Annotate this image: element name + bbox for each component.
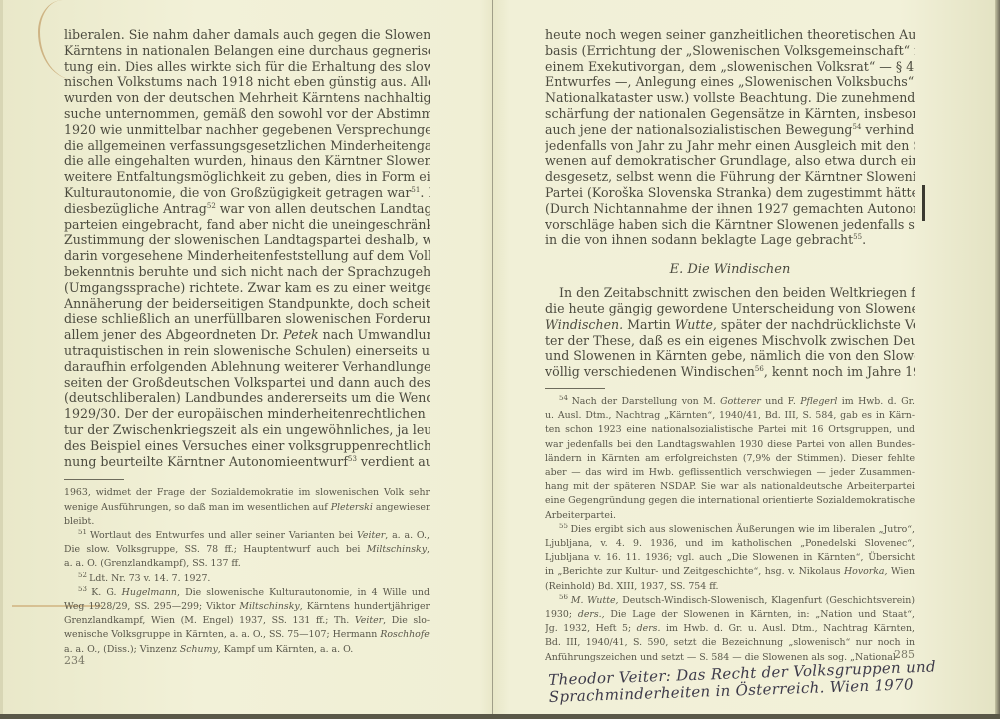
footnote-line: eine Gegengründung gegen die internation… <box>545 494 915 508</box>
text-line: (Durch Nichtannahme der ihnen 1927 gemac… <box>545 201 915 217</box>
text-line: schärfung der nationalen Gegensätze in K… <box>545 106 915 122</box>
footnote-number: 52 <box>78 572 89 579</box>
footnote-line: 54 Nach der Darstellung von M. Gotterer … <box>545 395 915 409</box>
text-line: diesbezügliche Antrag52 war von allen de… <box>64 201 430 217</box>
footnote-line: wenische Volksgruppe in Kärnten, a. a. O… <box>64 628 430 642</box>
text-line: (deutschliberalen) Landbundes anderersei… <box>64 390 430 406</box>
footnote-line: Jg. 1932, Heft 5; ders. im Hwb. d. Gr. u… <box>545 622 915 636</box>
text-line: basis (Errichtung der „Slowenischen Volk… <box>545 43 915 59</box>
text-line: einem Exekutivorgan, dem „slowenischen V… <box>545 59 915 75</box>
text-line: Partei (Koroška Slovenska Stranka) dem z… <box>545 185 915 201</box>
italic-text: Veiter <box>355 615 383 626</box>
margin-annotation-bar <box>922 185 925 221</box>
footnote: 52 Ldt. Nr. 73 v. 14. 7. 1927. <box>64 572 430 586</box>
text-line: diese schließlich an unerfüllbaren slowe… <box>64 311 430 327</box>
right-page-body-top: heute noch wegen seiner ganzheitlichen t… <box>545 27 915 248</box>
text-line: 1929/30. Der der europäischen minderheit… <box>64 406 430 422</box>
text-line: wurden von der deutschen Mehrheit Kärnte… <box>64 90 430 106</box>
text-line: die allgemeinen verfassungsgesetzlichen … <box>64 138 430 154</box>
text-line: tur der Zwischenkriegszeit als ein ungew… <box>64 422 430 438</box>
footnote-line: ländern in Kärnten am erfolgreichsten (7… <box>545 452 915 466</box>
italic-text: Hugelmann <box>122 587 177 598</box>
right-page-footnotes: 54 Nach der Darstellung von M. Gotterer … <box>545 395 915 665</box>
text-line: Nationalkataster usw.) vollste Beachtung… <box>545 90 915 106</box>
footnote-number: 55 <box>559 523 570 530</box>
italic-text: Veiter <box>357 530 385 541</box>
text-line: Kärntens in nationalen Belangen eine dur… <box>64 43 430 59</box>
footnote-line: Ljubljana v. 16. 11. 1936; vgl. auch „Di… <box>545 551 915 565</box>
footnote-line: aber — das wird im Hwb. geflissentlich v… <box>545 466 915 480</box>
italic-text: M. Wutte, <box>571 595 619 606</box>
text-line: daraufhin erfolgenden Ablehnung weiterer… <box>64 359 430 375</box>
footnote-line: 1963, widmet der Frage der Sozialdemokra… <box>64 486 430 500</box>
footnote-line: 52 Ldt. Nr. 73 v. 14. 7. 1927. <box>64 572 430 586</box>
italic-text: Pflegerl <box>800 396 837 407</box>
right-page: heute noch wegen seiner ganzheitlichen t… <box>545 0 915 719</box>
footnote: 51 Wortlaut des Entwurfes und aller sein… <box>64 529 430 572</box>
italic-text: Gotterer <box>720 396 761 407</box>
text-line: tung ein. Dies alles wirkte sich für die… <box>64 59 430 75</box>
footnote-line: Weg 1928/29, SS. 295—299; Viktor Miltsch… <box>64 600 430 614</box>
italic-text: Pleterski <box>331 502 373 513</box>
footnote-line: war jedenfalls bei den Landtagswahlen 19… <box>545 438 915 452</box>
text-line: 1920 wie unmittelbar nachher gegebenen V… <box>64 122 430 138</box>
footnote-line: ten schon 1923 eine nationalsozialistisc… <box>545 423 915 437</box>
footnote-line: 51 Wortlaut des Entwurfes und aller sein… <box>64 529 430 543</box>
footnote-line: Bd. III, 1940/41, S. 590, setzt die Beze… <box>545 636 915 650</box>
italic-text: Petek <box>283 327 319 342</box>
text-line: ter der These, daß es ein eigenes Mischv… <box>545 333 915 349</box>
footnote-line: Ljubljana, v. 4. 9. 1936, und im katholi… <box>545 537 915 551</box>
footnote-line: a. a. O. (Grenzlandkampf), SS. 137 ff. <box>64 557 430 571</box>
footnote-line: wenige Ausführungen, so daß man im wesen… <box>64 501 430 515</box>
footnote-line: in „Berichte zur Kultur- und Zeitgeschic… <box>545 565 915 579</box>
text-line: völlig verschiedenen Windischen56, kennt… <box>545 364 915 380</box>
footnote: 55 Dies ergibt sich aus slowenischen Äuß… <box>545 523 915 594</box>
text-line: jedenfalls von Jahr zu Jahr mehr einen A… <box>545 138 915 154</box>
text-line: darin vorgesehene Minderheitenfeststellu… <box>64 248 430 264</box>
text-line: auch jene der nationalsozialistischen Be… <box>545 122 915 138</box>
footnote-line: Die slow. Volksgruppe, SS. 78 ff.; Haupt… <box>64 543 430 557</box>
page-number: 234 <box>64 654 85 667</box>
text-line: die heute gängig gewordene Unterscheidun… <box>545 301 915 317</box>
footnote: 56 M. Wutte, Deutsch-Windisch-Slowenisch… <box>545 594 915 665</box>
italic-text: ders. <box>637 623 661 634</box>
footnote: 53 K. G. Hugelmann, Die slowenische Kult… <box>64 586 430 657</box>
footnote-reference: 52 <box>207 202 216 210</box>
footnote-line: Grenzlandkampf, Wien (M. Engel) 1937, SS… <box>64 614 430 628</box>
left-page-footnotes: 1963, widmet der Frage der Sozialdemokra… <box>64 486 430 656</box>
footnote-line: a. a. O., (Diss.); Vinzenz Schumy, Kampf… <box>64 643 430 657</box>
text-line: Windischen. Martin Wutte, später der nac… <box>545 317 915 333</box>
italic-text: Windischen. <box>545 317 623 332</box>
footnote-number: 53 <box>78 586 91 593</box>
left-page: liberalen. Sie nahm daher damals auch ge… <box>64 0 430 719</box>
text-line: suche unternommen, gemäß den sowohl vor … <box>64 106 430 122</box>
text-line: Zustimmung der slowenischen Landtagspart… <box>64 232 430 248</box>
footnote-number: 56 <box>559 594 571 601</box>
text-line: parteien eingebracht, fand aber nicht di… <box>64 217 430 233</box>
text-line: (Umgangssprache) richtete. Zwar kam es z… <box>64 280 430 296</box>
footnote-line: 55 Dies ergibt sich aus slowenischen Äuß… <box>545 523 915 537</box>
right-page-body-bottom: In den Zeitabschnitt zwischen den beiden… <box>545 285 915 380</box>
text-line: wenen auf demokratischer Grundlage, also… <box>545 153 915 169</box>
text-line: desgesetz, selbst wenn die Führung der K… <box>545 169 915 185</box>
footnote-line: Arbeiterpartei. <box>545 509 915 523</box>
footnote-line: 53 K. G. Hugelmann, Die slowenische Kult… <box>64 586 430 600</box>
text-line: utraquistischen in rein slowenische Schu… <box>64 343 430 359</box>
text-line: heute noch wegen seiner ganzheitlichen t… <box>545 27 915 43</box>
text-line: In den Zeitabschnitt zwischen den beiden… <box>545 285 915 301</box>
right-page-edge <box>995 0 1000 719</box>
italic-text: Roschhofer <box>380 629 430 640</box>
italic-text: Schumy <box>180 644 218 655</box>
text-line: Entwurfes —, Anlegung eines „Slowenische… <box>545 74 915 90</box>
footnote-number: 54 <box>559 395 572 402</box>
footnote-line: hang mit der späteren NSDAP. Sie war als… <box>545 480 915 494</box>
footnote-reference: 55 <box>853 233 862 241</box>
left-page-edge <box>0 0 3 719</box>
left-page-body: liberalen. Sie nahm daher damals auch ge… <box>64 27 430 469</box>
book-gutter <box>492 0 493 719</box>
footnote-line: (Reinhold) Bd. XIII, 1937, SS. 754 ff. <box>545 580 915 594</box>
text-line: bekenntnis beruhte und sich nicht nach d… <box>64 264 430 280</box>
footnote-divider <box>64 479 124 480</box>
footnote-reference: 51 <box>411 186 420 194</box>
italic-text: Wutte, <box>675 317 717 332</box>
text-line: nischen Volkstums nach 1918 nicht eben g… <box>64 74 430 90</box>
footnote-line: u. Ausl. Dtm., Nachtrag „Kärnten“, 1940/… <box>545 409 915 423</box>
footnote-divider <box>545 388 605 389</box>
footnote-number: 51 <box>78 529 90 536</box>
italic-text: ders., <box>578 609 605 620</box>
footnote: 1963, widmet der Frage der Sozialdemokra… <box>64 486 430 529</box>
text-line: und Slowenen in Kärnten gebe, nämlich di… <box>545 348 915 364</box>
text-line: die alle eingehalten wurden, hinaus den … <box>64 153 430 169</box>
footnote-line: bleibt. <box>64 515 430 529</box>
footnote-line: 56 M. Wutte, Deutsch-Windisch-Slowenisch… <box>545 594 915 608</box>
italic-text: Miltschinsky <box>367 544 427 555</box>
footnote-line: 1930; ders., Die Lage der Slowenen in Kä… <box>545 608 915 622</box>
text-line: Annäherung der beiderseitigen Standpunkt… <box>64 296 430 312</box>
footnote: 54 Nach der Darstellung von M. Gotterer … <box>545 395 915 523</box>
text-line: in die von ihnen sodann beklagte Lage ge… <box>545 232 915 248</box>
footnote-reference: 56 <box>755 365 764 373</box>
text-line: Kulturautonomie, die von Großzügigkeit g… <box>64 185 430 201</box>
text-line: liberalen. Sie nahm daher damals auch ge… <box>64 27 430 43</box>
text-line: vorschläge haben sich die Kärntner Slowe… <box>545 217 915 233</box>
text-line: allem jener des Abgeordneten Dr. Petek n… <box>64 327 430 343</box>
footnote-reference: 54 <box>853 123 862 131</box>
text-line: weitere Entfaltungsmöglichkeit zu geben,… <box>64 169 430 185</box>
footnote-reference: 53 <box>348 454 357 462</box>
text-line: seiten der Großdeutschen Volkspartei und… <box>64 375 430 391</box>
italic-text: Hovorka, <box>844 566 888 577</box>
text-line: nung beurteilte Kärntner Autonomieentwur… <box>64 454 430 470</box>
italic-text: Miltschinsky <box>239 601 299 612</box>
section-heading: E. Die Windischen <box>545 262 915 277</box>
text-line: des Beispiel eines Versuches einer volks… <box>64 438 430 454</box>
